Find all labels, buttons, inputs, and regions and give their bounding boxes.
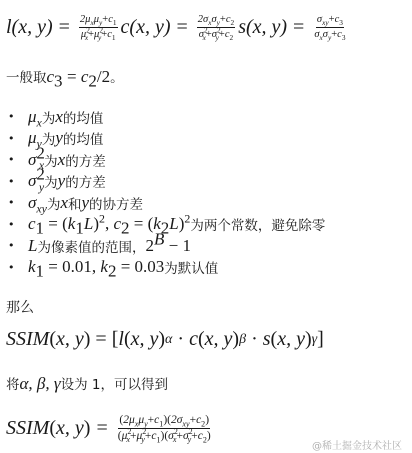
c3-note: 一般取c3 = c2/2。 [6, 66, 124, 87]
list-item: •σxy为x和y的协方差 [6, 192, 325, 214]
bullet-icon: • [6, 239, 28, 252]
list-item: •k1 = 0.01, k2 = 0.03为默认值 [6, 257, 325, 279]
then-label: 那么 [6, 297, 34, 317]
contrast-lhs: c(x, y) [121, 16, 171, 39]
set-note-suffix: 设为 1，可以得到 [61, 377, 168, 393]
set-parameters-note: 将α, β, γ设为 1，可以得到 [6, 373, 168, 394]
bullet-icon: • [6, 153, 28, 166]
ssim-final-fraction: (2μxμy+c1)(2σxy+c2) (μ2x+μ2y+c1)(σ2x+σ2y… [117, 414, 212, 442]
c3-note-prefix: 一般取 [6, 70, 47, 86]
bullet-icon: • [6, 261, 28, 274]
bullet-icon: • [6, 196, 28, 209]
list-item: •c1 = (k1L)2, c2 = (k2L)2为两个常数，避免除零 [6, 214, 325, 236]
structure-fraction: σxy+c3 σxσy+c3 [313, 14, 346, 40]
luminance-fraction: 2μxμy+c1 μ2x+μ2y+c1 [79, 14, 118, 40]
bullet-icon: • [6, 132, 28, 145]
list-item: •μx为x的均值 [6, 106, 325, 128]
bullet-icon: • [6, 218, 28, 231]
c3-note-suffix: 。 [110, 70, 124, 86]
bullet-icon: • [6, 175, 28, 188]
structure-lhs: s(x, y) [238, 16, 287, 39]
list-item: •L为像素值的范围，2B − 1 [6, 235, 325, 257]
variable-definitions-list: •μx为x的均值 •μy为y的均值 •σ2x为x的方差 •σ2y为y的方差 •σ… [6, 106, 325, 278]
list-item: •σ2y为y的方差 [6, 171, 325, 193]
watermark: @稀土掘金技术社区 [312, 437, 402, 452]
list-item: •σ2x为x的方差 [6, 149, 325, 171]
ssim-general-formula: SSIM(x, y) = [l(x, y)α · c(x, y)β · s(x,… [6, 328, 324, 351]
luminance-lhs: l(x, y) [6, 16, 53, 39]
ssim-final-formula: SSIM(x, y)= (2μxμy+c1)(2σxy+c2) (μ2x+μ2y… [6, 414, 215, 442]
list-item: •μy为y的均值 [6, 128, 325, 150]
set-note-prefix: 将 [6, 377, 20, 393]
bullet-icon: • [6, 110, 28, 123]
contrast-fraction: 2σxσy+c2 σ2x+σ2y+c2 [197, 14, 235, 40]
component-formulas: l(x, y)= 2μxμy+c1 μ2x+μ2y+c1 c(x, y)= 2σ… [6, 14, 350, 40]
